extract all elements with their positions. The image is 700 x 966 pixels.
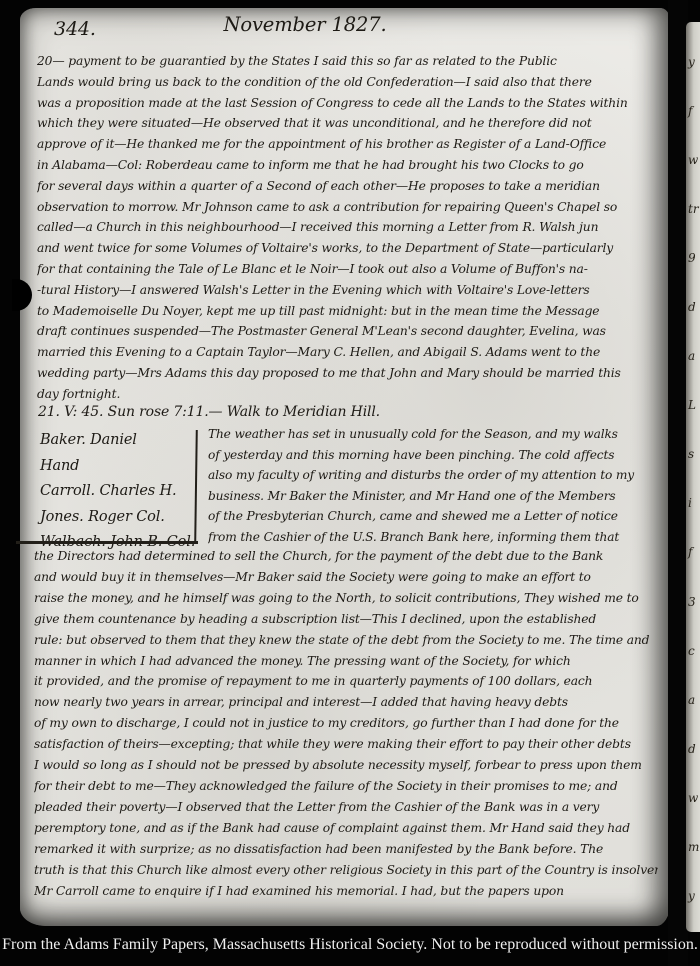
date-header: November 1827. xyxy=(215,13,395,36)
diary-line: for their debt to me—They acknowledged t… xyxy=(34,776,658,797)
diary-line: pleaded their poverty—I observed that th… xyxy=(34,797,658,818)
facing-page-text-fragment: f xyxy=(688,546,700,558)
diary-line: truth is that this Church like almost ev… xyxy=(34,860,658,881)
diary-line: business. Mr Baker the Minister, and Mr … xyxy=(208,486,656,507)
facing-page-text-fragment: y xyxy=(688,56,700,68)
facing-page-text-fragment: tr xyxy=(688,203,700,215)
diary-line: from the Cashier of the U.S. Branch Bank… xyxy=(208,527,656,548)
facing-page-text-fragment: m xyxy=(688,841,700,853)
diary-line: Mr Carroll came to enquire if I had exam… xyxy=(34,881,658,902)
diary-line: the Directors had determined to sell the… xyxy=(34,546,658,567)
facing-page-text-fragment: 3 xyxy=(688,596,700,608)
diary-line: now nearly two years in arrear, principa… xyxy=(34,692,658,713)
facing-page-text-fragment: y xyxy=(688,890,700,902)
manuscript-photo: 344. November 1827. 20— payment to be gu… xyxy=(0,0,700,966)
diary-line: for several days within a quarter of a S… xyxy=(37,176,659,197)
diary-line: of yesterday and this morning have been … xyxy=(208,445,656,466)
diary-entry-21-body: the Directors had determined to sell the… xyxy=(34,546,658,901)
facing-page-text-fragment: w xyxy=(688,792,700,804)
facing-page-text-fragment: a xyxy=(688,694,700,706)
facing-page-text-fragment: c xyxy=(688,645,700,657)
copyright-caption: From the Adams Family Papers, Massachuse… xyxy=(0,936,700,954)
facing-page-text-fragment: s xyxy=(688,448,700,460)
facing-page-text-fragment: w xyxy=(688,154,700,166)
diary-line: to Mademoiselle Du Noyer, kept me up til… xyxy=(37,301,659,322)
diary-line: manner in which I had advanced the money… xyxy=(34,651,658,672)
diary-line: -tural History—I answered Walsh's Letter… xyxy=(37,280,659,301)
diary-entry-21-column-text: The weather has set in unusually cold fo… xyxy=(208,424,656,548)
diary-line: of my own to discharge, I could not in j… xyxy=(34,713,658,734)
diary-line: and would buy it in themselves—Mr Baker … xyxy=(34,567,658,588)
diary-line: The weather has set in unusually cold fo… xyxy=(208,424,656,445)
visitor-name: Carroll. Charles H. xyxy=(40,479,195,505)
diary-line: called—a Church in this neighbourhood—I … xyxy=(37,217,659,238)
diary-line: also my faculty of writing and disturbs … xyxy=(208,465,656,486)
facing-page-text-fragment: d xyxy=(688,743,700,755)
diary-entry-21-heading: 21. V: 45. Sun rose 7:11.— Walk to Merid… xyxy=(38,404,380,420)
diary-line: married this Evening to a Captain Taylor… xyxy=(37,342,659,363)
diary-line: remarked it with surprize; as no dissati… xyxy=(34,839,658,860)
facing-page-text-fragment: i xyxy=(688,497,700,509)
facing-page-text-fragment: d xyxy=(688,301,700,313)
diary-line: which they were situated—He observed tha… xyxy=(37,113,659,134)
diary-line: raise the money, and he himself was goin… xyxy=(34,588,658,609)
visitor-name: Baker. Daniel xyxy=(40,428,195,454)
diary-line: I would so long as I should not be press… xyxy=(34,755,658,776)
diary-line: peremptory tone, and as if the Bank had … xyxy=(34,818,658,839)
diary-line: observation to morrow. Mr Johnson came t… xyxy=(37,197,659,218)
page-number: 344. xyxy=(54,18,96,40)
diary-line: satisfaction of theirs—excepting; that w… xyxy=(34,734,658,755)
visitor-name: Hand xyxy=(40,454,195,480)
diary-line: give them countenance by heading a subsc… xyxy=(34,609,658,630)
diary-line: approve of it—He thanked me for the appo… xyxy=(37,134,659,155)
diary-line: 20— payment to be guarantied by the Stat… xyxy=(37,51,659,72)
diary-line: and went twice for some Volumes of Volta… xyxy=(37,238,659,259)
binding-gutter xyxy=(668,0,688,966)
diary-line: draft continues suspended—The Postmaster… xyxy=(37,321,659,342)
diary-line: for that containing the Tale of Le Blanc… xyxy=(37,259,659,280)
name-list-bracket-horizontal xyxy=(16,541,198,544)
diary-line: Lands would bring us back to the conditi… xyxy=(37,72,659,93)
diary-line: it provided, and the promise of repaymen… xyxy=(34,671,658,692)
facing-page-text-fragment: f xyxy=(688,105,700,117)
diary-line: of the Presbyterian Church, came and she… xyxy=(208,506,656,527)
diary-line: rule: but observed to them that they kne… xyxy=(34,630,658,651)
diary-line: was a proposition made at the last Sessi… xyxy=(37,93,659,114)
facing-page-text-fragment: a xyxy=(688,350,700,362)
facing-page-text-fragment: L xyxy=(688,399,700,411)
visitor-name: Jones. Roger Col. xyxy=(40,505,195,531)
visitor-name-list: Baker. Daniel Hand Carroll. Charles H. J… xyxy=(40,428,195,556)
diary-line: wedding party—Mrs Adams this day propose… xyxy=(37,363,659,384)
facing-page-text-fragment: 9 xyxy=(688,252,700,264)
diary-line: in Alabama—Col: Roberdeau came to inform… xyxy=(37,155,659,176)
facing-page-edge: y f w tr 9 d a L s i f 3 c a d w m y xyxy=(686,22,700,932)
diary-entry-20: 20— payment to be guarantied by the Stat… xyxy=(37,51,659,405)
diary-line: day fortnight. xyxy=(37,384,659,405)
